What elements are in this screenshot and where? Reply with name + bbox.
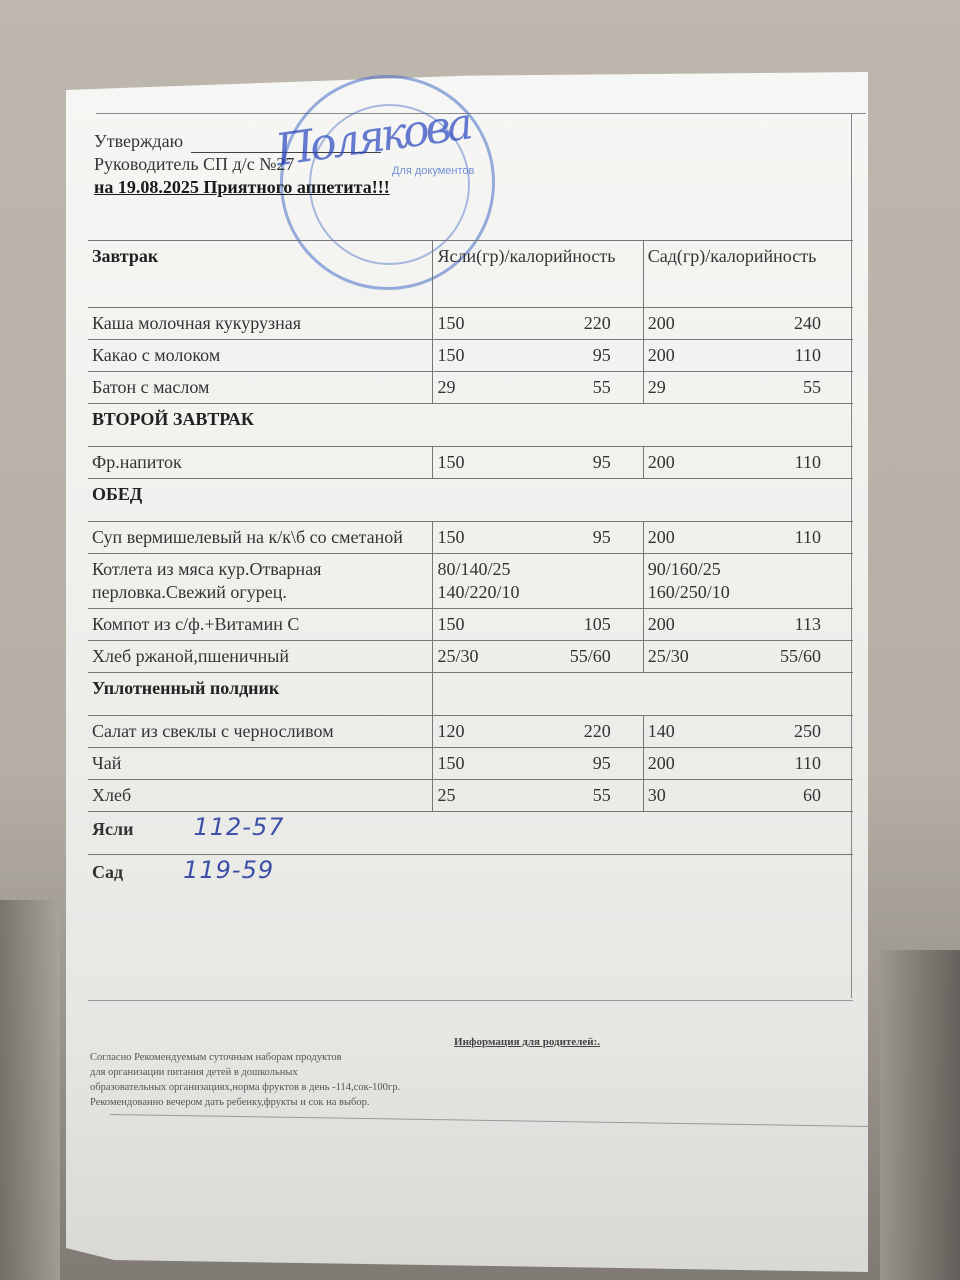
portion-cell-sad: 200113 bbox=[643, 609, 853, 641]
table-row: Котлета из мяса кур.Отварная перловка.Св… bbox=[88, 554, 853, 609]
portion-pair: 140250 bbox=[648, 720, 849, 743]
portion-grams: 200 bbox=[648, 613, 675, 636]
portion-cell-sad: 200110 bbox=[643, 748, 853, 780]
top-border bbox=[96, 113, 866, 114]
portion-kcal: 95 bbox=[593, 526, 611, 549]
portion-kcal: 55/60 bbox=[570, 645, 611, 668]
section-title: Уплотненный полдник bbox=[88, 673, 433, 716]
portion-kcal: 55 bbox=[803, 376, 821, 399]
portion-grams: 25 bbox=[437, 784, 455, 807]
portion-cell-sad: 90/160/25160/250/10 bbox=[643, 554, 853, 609]
portion-grams: 29 bbox=[648, 376, 666, 399]
info-title: Информация для родителей:. bbox=[90, 1035, 600, 1050]
portion-grams: 25/30 bbox=[648, 645, 689, 668]
info-line: образовательных организациях,норма фрукт… bbox=[90, 1080, 810, 1095]
section-row: ОБЕД bbox=[88, 479, 853, 522]
total-label: Ясли bbox=[92, 819, 133, 839]
dish-name: Хлеб ржаной,пшеничный bbox=[88, 641, 433, 673]
portion-kcal: 250 bbox=[794, 720, 821, 743]
date-line: на 19.08.2025 Приятного аппетита!!! bbox=[94, 176, 390, 199]
portion-pair: 15095 bbox=[437, 752, 638, 775]
portion-pair: 200110 bbox=[648, 344, 849, 367]
portion-grams: 150 bbox=[437, 613, 464, 636]
portion-grams: 150 bbox=[437, 526, 464, 549]
table-header-row: ЗавтракЯсли(гр)/калорийностьСад(гр)/кало… bbox=[88, 241, 853, 308]
portion-pair: 150105 bbox=[437, 613, 638, 636]
dish-name: Какао с молоком bbox=[88, 340, 433, 372]
dish-name: Котлета из мяса кур.Отварная перловка.Св… bbox=[88, 554, 433, 609]
column-header-sad: Сад(гр)/калорийность bbox=[643, 241, 853, 308]
table-row: Батон с маслом29552955 bbox=[88, 372, 853, 404]
portion-cell-sad: 25/3055/60 bbox=[643, 641, 853, 673]
portion-cell-yasli: 25/3055/60 bbox=[433, 641, 643, 673]
portion-cell-yasli: 150220 bbox=[433, 308, 643, 340]
portion-kcal: 220 bbox=[584, 312, 611, 335]
portion-cell-yasli: 15095 bbox=[433, 447, 643, 479]
empty-cell bbox=[433, 673, 853, 716]
portion-pair: 2955 bbox=[648, 376, 849, 399]
stamp-inner-text: Для документов bbox=[392, 165, 474, 177]
portion-pair: 15095 bbox=[437, 526, 638, 549]
section-title: ВТОРОЙ ЗАВТРАК bbox=[88, 404, 853, 447]
dish-name: Хлеб bbox=[88, 780, 433, 812]
portion-cell-yasli: 2555 bbox=[433, 780, 643, 812]
portion-cell-yasli: 15095 bbox=[433, 748, 643, 780]
section-title: ОБЕД bbox=[88, 479, 853, 522]
portion-cell-sad: 2955 bbox=[643, 372, 853, 404]
table-row: Чай15095200110 bbox=[88, 748, 853, 780]
portion-pair: 25/3055/60 bbox=[437, 645, 638, 668]
portion-pair: 2955 bbox=[437, 376, 638, 399]
portion-pair: 200240 bbox=[648, 312, 849, 335]
portion-kcal: 60 bbox=[803, 784, 821, 807]
background-shadow-right bbox=[880, 950, 960, 1280]
portion-kcal: 140/220/10 bbox=[437, 581, 638, 604]
portion-kcal: 95 bbox=[593, 451, 611, 474]
portion-grams: 150 bbox=[437, 344, 464, 367]
portion-pair: 200110 bbox=[648, 451, 849, 474]
dish-name: Суп вермишелевый на к/к\б со сметаной bbox=[88, 522, 433, 554]
section-title-breakfast: Завтрак bbox=[88, 241, 433, 308]
menu-table: ЗавтракЯсли(гр)/калорийностьСад(гр)/кало… bbox=[88, 240, 853, 897]
info-line: Рекомендованно вечером дать ребенку,фрук… bbox=[90, 1095, 810, 1110]
portion-grams: 150 bbox=[437, 451, 464, 474]
portion-cell-sad: 200240 bbox=[643, 308, 853, 340]
total-row: Ясли112-57 bbox=[88, 812, 853, 855]
portion-cell-sad: 200110 bbox=[643, 447, 853, 479]
column-header-yasli: Ясли(гр)/калорийность bbox=[433, 241, 643, 308]
table-row: Фр.напиток15095200110 bbox=[88, 447, 853, 479]
portion-cell-yasli: 15095 bbox=[433, 340, 643, 372]
portion-kcal: 110 bbox=[795, 344, 821, 367]
portion-kcal: 95 bbox=[593, 344, 611, 367]
table-row: Компот из с/ф.+Витамин С150105200113 bbox=[88, 609, 853, 641]
portion-grams: 150 bbox=[437, 312, 464, 335]
portion-kcal: 110 bbox=[795, 526, 821, 549]
dish-name: Фр.напиток bbox=[88, 447, 433, 479]
info-line: Согласно Рекомендуемым суточным наборам … bbox=[90, 1050, 810, 1065]
table-row: Какао с молоком15095200110 bbox=[88, 340, 853, 372]
portion-pair: 15095 bbox=[437, 344, 638, 367]
portion-kcal: 113 bbox=[795, 613, 821, 636]
dish-name: Каша молочная кукурузная bbox=[88, 308, 433, 340]
portion-grams: 150 bbox=[437, 752, 464, 775]
background-shadow-left bbox=[0, 900, 60, 1280]
portion-cell-yasli: 150105 bbox=[433, 609, 643, 641]
portion-kcal: 55 bbox=[593, 784, 611, 807]
portion-pair: 150220 bbox=[437, 312, 638, 335]
portion-grams: 90/160/25 bbox=[648, 558, 849, 581]
portion-kcal: 95 bbox=[593, 752, 611, 775]
portion-grams: 200 bbox=[648, 451, 675, 474]
portion-pair: 2555 bbox=[437, 784, 638, 807]
portion-pair: 120220 bbox=[437, 720, 638, 743]
total-cell: Ясли112-57 bbox=[88, 812, 853, 855]
dish-name: Компот из с/ф.+Витамин С bbox=[88, 609, 433, 641]
portion-kcal: 110 bbox=[795, 451, 821, 474]
portion-kcal: 240 bbox=[794, 312, 821, 335]
portion-pair: 200113 bbox=[648, 613, 849, 636]
portion-cell-sad: 140250 bbox=[643, 716, 853, 748]
portion-cell-yasli: 120220 bbox=[433, 716, 643, 748]
total-row: Сад119-59 bbox=[88, 855, 853, 898]
total-cell: Сад119-59 bbox=[88, 855, 853, 898]
info-line: для организации питания детей в дошкольн… bbox=[90, 1065, 810, 1080]
handwritten-price: 112-57 bbox=[193, 813, 284, 841]
table-row: Каша молочная кукурузная150220200240 bbox=[88, 308, 853, 340]
handwritten-price: 119-59 bbox=[183, 856, 274, 884]
portion-grams: 140 bbox=[648, 720, 675, 743]
table-row: Суп вермишелевый на к/к\б со сметаной150… bbox=[88, 522, 853, 554]
portion-grams: 25/30 bbox=[437, 645, 478, 668]
portion-pair: 3060 bbox=[648, 784, 849, 807]
portion-kcal: 105 bbox=[584, 613, 611, 636]
approve-label: Утверждаю bbox=[94, 131, 183, 151]
portion-cell-sad: 200110 bbox=[643, 340, 853, 372]
portion-grams: 200 bbox=[648, 312, 675, 335]
table-row: Хлеб ржаной,пшеничный25/3055/6025/3055/6… bbox=[88, 641, 853, 673]
portion-grams: 200 bbox=[648, 752, 675, 775]
portion-pair: 200110 bbox=[648, 526, 849, 549]
portion-cell-yasli: 15095 bbox=[433, 522, 643, 554]
portion-pair: 200110 bbox=[648, 752, 849, 775]
portion-kcal: 55 bbox=[593, 376, 611, 399]
portion-kcal: 220 bbox=[584, 720, 611, 743]
total-label: Сад bbox=[92, 862, 123, 882]
portion-grams: 80/140/25 bbox=[437, 558, 638, 581]
portion-cell-sad: 200110 bbox=[643, 522, 853, 554]
portion-grams: 200 bbox=[648, 526, 675, 549]
table-row: Хлеб25553060 bbox=[88, 780, 853, 812]
dish-name: Батон с маслом bbox=[88, 372, 433, 404]
table-row: Салат из свеклы с черносливом12022014025… bbox=[88, 716, 853, 748]
portion-pair: 15095 bbox=[437, 451, 638, 474]
table-bottom-rule bbox=[88, 1000, 853, 1001]
portion-grams: 120 bbox=[437, 720, 464, 743]
portion-kcal: 55/60 bbox=[780, 645, 821, 668]
portion-grams: 29 bbox=[437, 376, 455, 399]
portion-pair: 25/3055/60 bbox=[648, 645, 849, 668]
parents-info: Информация для родителей:. Согласно Реко… bbox=[90, 1035, 810, 1110]
portion-cell-sad: 3060 bbox=[643, 780, 853, 812]
portion-kcal: 160/250/10 bbox=[648, 581, 849, 604]
portion-grams: 30 bbox=[648, 784, 666, 807]
dish-name: Салат из свеклы с черносливом bbox=[88, 716, 433, 748]
portion-grams: 200 bbox=[648, 344, 675, 367]
dish-name: Чай bbox=[88, 748, 433, 780]
section-row: Уплотненный полдник bbox=[88, 673, 853, 716]
section-row: ВТОРОЙ ЗАВТРАК bbox=[88, 404, 853, 447]
portion-kcal: 110 bbox=[795, 752, 821, 775]
portion-cell-yasli: 2955 bbox=[433, 372, 643, 404]
portion-cell-yasli: 80/140/25140/220/10 bbox=[433, 554, 643, 609]
